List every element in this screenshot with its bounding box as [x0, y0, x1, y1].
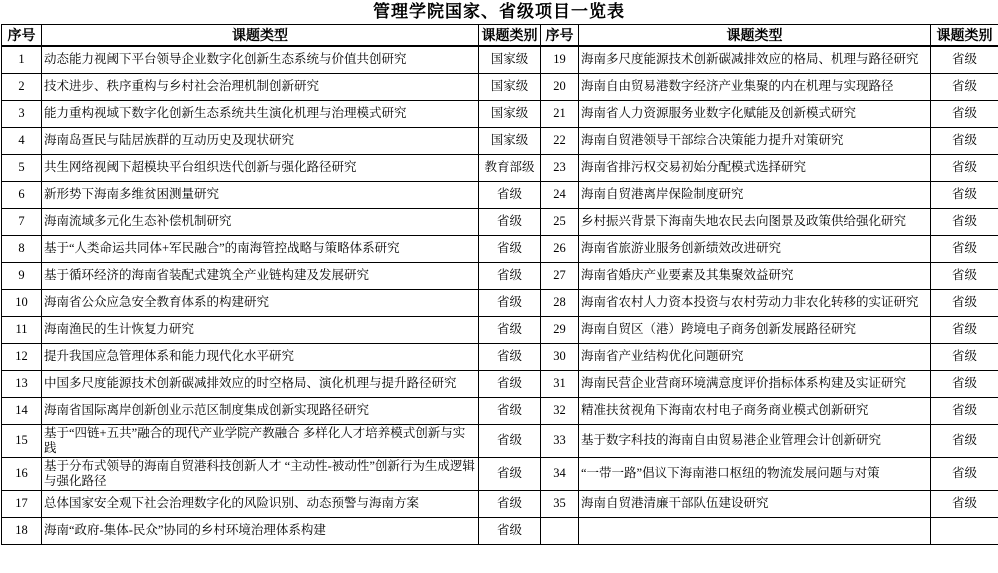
col-header-seq-right: 序号 — [541, 25, 579, 47]
table-row: 18海南“政府-集体-民众”协同的乡村环境治理体系构建省级 — [2, 517, 998, 544]
table-row: 1动态能力视阈下平台领导企业数字化创新生态系统与价值共创研究国家级19海南多尺度… — [2, 46, 998, 73]
project-level: 省级 — [479, 181, 541, 208]
project-title: 海南省人力资源服务业数字化赋能及创新模式研究 — [579, 100, 931, 127]
project-title: 基于“人类命运共同体+军民融合”的南海管控战略与策略体系研究 — [42, 235, 479, 262]
row-number: 16 — [2, 457, 42, 490]
project-title: 海南自贸区（港）跨境电子商务创新发展路径研究 — [579, 316, 931, 343]
project-level: 国家级 — [479, 46, 541, 73]
project-title: 海南省旅游业服务创新绩效改进研究 — [579, 235, 931, 262]
row-number: 29 — [541, 316, 579, 343]
row-number: 7 — [2, 208, 42, 235]
project-title: 海南省公众应急安全教育体系的构建研究 — [42, 289, 479, 316]
project-level: 省级 — [931, 457, 998, 490]
project-title: 能力重构视域下数字化创新生态系统共生演化机理与治理模式研究 — [42, 100, 479, 127]
project-title: 海南渔民的生计恢复力研究 — [42, 316, 479, 343]
project-title: 中国多尺度能源技术创新碳减排效应的时空格局、演化机理与提升路径研究 — [42, 370, 479, 397]
project-level: 省级 — [479, 424, 541, 457]
project-level: 省级 — [479, 262, 541, 289]
project-level: 省级 — [479, 517, 541, 544]
page-title: 管理学院国家、省级项目一览表 — [0, 0, 998, 24]
project-title: 提升我国应急管理体系和能力现代化水平研究 — [42, 343, 479, 370]
table-row: 7海南流域多元化生态补偿机制研究省级25乡村振兴背景下海南失地农民去向图景及政策… — [2, 208, 998, 235]
row-number: 28 — [541, 289, 579, 316]
project-title: 海南自贸港领导干部综合决策能力提升对策研究 — [579, 127, 931, 154]
table-row: 6新形势下海南多维贫困测量研究省级24海南自贸港离岸保险制度研究省级 — [2, 181, 998, 208]
project-title: 海南省排污权交易初始分配模式选择研究 — [579, 154, 931, 181]
project-title: 新形势下海南多维贫困测量研究 — [42, 181, 479, 208]
project-level: 省级 — [931, 235, 998, 262]
row-number: 30 — [541, 343, 579, 370]
project-level: 省级 — [479, 316, 541, 343]
project-level: 省级 — [931, 208, 998, 235]
col-header-type-left: 课题类型 — [42, 25, 479, 47]
col-header-seq-left: 序号 — [2, 25, 42, 47]
row-number: 13 — [2, 370, 42, 397]
row-number: 24 — [541, 181, 579, 208]
row-number: 18 — [2, 517, 42, 544]
project-level: 省级 — [931, 490, 998, 517]
project-level: 省级 — [931, 100, 998, 127]
project-level: 省级 — [479, 370, 541, 397]
project-title: 基于数字科技的海南自由贸易港企业管理会计创新研究 — [579, 424, 931, 457]
project-level: 省级 — [479, 343, 541, 370]
table-body: 1动态能力视阈下平台领导企业数字化创新生态系统与价值共创研究国家级19海南多尺度… — [2, 46, 998, 544]
table-row: 16基于分布式领导的海南自贸港科技创新人才 “主动性-被动性”创新行为生成逻辑与… — [2, 457, 998, 490]
row-number: 25 — [541, 208, 579, 235]
table-row: 11海南渔民的生计恢复力研究省级29海南自贸区（港）跨境电子商务创新发展路径研究… — [2, 316, 998, 343]
table-header: 序号 课题类型 课题类别 序号 课题类型 课题类别 — [2, 25, 998, 47]
row-number: 20 — [541, 73, 579, 100]
project-level: 省级 — [931, 370, 998, 397]
row-number: 12 — [2, 343, 42, 370]
project-title: 乡村振兴背景下海南失地农民去向图景及政策供给强化研究 — [579, 208, 931, 235]
project-level: 教育部级 — [479, 154, 541, 181]
project-level: 国家级 — [479, 73, 541, 100]
project-level: 省级 — [931, 181, 998, 208]
row-number: 17 — [2, 490, 42, 517]
row-number: 19 — [541, 46, 579, 73]
project-title: 海南流域多元化生态补偿机制研究 — [42, 208, 479, 235]
project-title: 海南省产业结构优化问题研究 — [579, 343, 931, 370]
project-level: 省级 — [479, 490, 541, 517]
project-title: 共生网络视阈下超模块平台组织迭代创新与强化路径研究 — [42, 154, 479, 181]
project-title: 基于分布式领导的海南自贸港科技创新人才 “主动性-被动性”创新行为生成逻辑与强化… — [42, 457, 479, 490]
table-row: 5共生网络视阈下超模块平台组织迭代创新与强化路径研究教育部级23海南省排污权交易… — [2, 154, 998, 181]
row-number: 3 — [2, 100, 42, 127]
table-row: 10海南省公众应急安全教育体系的构建研究省级28海南省农村人力资本投资与农村劳动… — [2, 289, 998, 316]
project-level: 国家级 — [479, 127, 541, 154]
row-number: 5 — [2, 154, 42, 181]
row-number: 22 — [541, 127, 579, 154]
row-number: 32 — [541, 397, 579, 424]
project-level: 省级 — [931, 424, 998, 457]
col-header-level-right: 课题类别 — [931, 25, 998, 47]
project-title: 海南“政府-集体-民众”协同的乡村环境治理体系构建 — [42, 517, 479, 544]
project-level: 省级 — [931, 397, 998, 424]
table-row: 14海南省国际离岸创新创业示范区制度集成创新实现路径研究省级32精准扶贫视角下海… — [2, 397, 998, 424]
row-number: 35 — [541, 490, 579, 517]
row-number: 34 — [541, 457, 579, 490]
project-title — [579, 517, 931, 544]
row-number: 4 — [2, 127, 42, 154]
project-level: 省级 — [479, 208, 541, 235]
project-level: 省级 — [931, 289, 998, 316]
project-title: 动态能力视阈下平台领导企业数字化创新生态系统与价值共创研究 — [42, 46, 479, 73]
project-level: 省级 — [931, 262, 998, 289]
table-row: 12提升我国应急管理体系和能力现代化水平研究省级30海南省产业结构优化问题研究省… — [2, 343, 998, 370]
project-title: 基于循环经济的海南省装配式建筑全产业链构建及发展研究 — [42, 262, 479, 289]
project-level: 省级 — [931, 73, 998, 100]
table-row: 3能力重构视域下数字化创新生态系统共生演化机理与治理模式研究国家级21海南省人力… — [2, 100, 998, 127]
project-title: 海南省国际离岸创新创业示范区制度集成创新实现路径研究 — [42, 397, 479, 424]
project-title: 海南岛疍民与陆居族群的互动历史及现状研究 — [42, 127, 479, 154]
row-number — [541, 517, 579, 544]
project-title: 海南民营企业营商环境满意度评价指标体系构建及实证研究 — [579, 370, 931, 397]
project-level: 省级 — [479, 289, 541, 316]
project-level: 省级 — [479, 397, 541, 424]
project-level: 省级 — [931, 127, 998, 154]
col-header-level-left: 课题类别 — [479, 25, 541, 47]
project-level — [931, 517, 998, 544]
project-title: 海南省农村人力资本投资与农村劳动力非农化转移的实证研究 — [579, 289, 931, 316]
project-title: 海南省婚庆产业要素及其集聚效益研究 — [579, 262, 931, 289]
project-title: 技术进步、秩序重构与乡村社会治理机制创新研究 — [42, 73, 479, 100]
project-level: 国家级 — [479, 100, 541, 127]
row-number: 2 — [2, 73, 42, 100]
table-row: 8基于“人类命运共同体+军民融合”的南海管控战略与策略体系研究省级26海南省旅游… — [2, 235, 998, 262]
table-row: 9基于循环经济的海南省装配式建筑全产业链构建及发展研究省级27海南省婚庆产业要素… — [2, 262, 998, 289]
row-number: 8 — [2, 235, 42, 262]
row-number: 1 — [2, 46, 42, 73]
row-number: 27 — [541, 262, 579, 289]
table-row: 13中国多尺度能源技术创新碳减排效应的时空格局、演化机理与提升路径研究省级31海… — [2, 370, 998, 397]
project-level: 省级 — [931, 46, 998, 73]
project-title: 精准扶贫视角下海南农村电子商务商业模式创新研究 — [579, 397, 931, 424]
document-page: 管理学院国家、省级项目一览表 序号 课题类型 课题类别 序号 课题类型 课题类别… — [0, 0, 998, 573]
table-row: 17总体国家安全观下社会治理数字化的风险识别、动态预警与海南方案省级35海南自贸… — [2, 490, 998, 517]
project-level: 省级 — [479, 457, 541, 490]
project-title: “一带一路”倡议下海南港口枢纽的物流发展问题与对策 — [579, 457, 931, 490]
projects-table: 序号 课题类型 课题类别 序号 课题类型 课题类别 1动态能力视阈下平台领导企业… — [1, 24, 998, 545]
table-row: 2技术进步、秩序重构与乡村社会治理机制创新研究国家级20海南自由贸易港数字经济产… — [2, 73, 998, 100]
row-number: 15 — [2, 424, 42, 457]
table-row: 4海南岛疍民与陆居族群的互动历史及现状研究国家级22海南自贸港领导干部综合决策能… — [2, 127, 998, 154]
project-level: 省级 — [931, 154, 998, 181]
project-title: 海南自贸港离岸保险制度研究 — [579, 181, 931, 208]
row-number: 6 — [2, 181, 42, 208]
header-row: 序号 课题类型 课题类别 序号 课题类型 课题类别 — [2, 25, 998, 47]
row-number: 23 — [541, 154, 579, 181]
project-title: 基于“四链+五共”融合的现代产业学院产教融合 多样化人才培养模式创新与实践 — [42, 424, 479, 457]
project-title: 海南多尺度能源技术创新碳减排效应的格局、机理与路径研究 — [579, 46, 931, 73]
project-title: 总体国家安全观下社会治理数字化的风险识别、动态预警与海南方案 — [42, 490, 479, 517]
row-number: 9 — [2, 262, 42, 289]
row-number: 26 — [541, 235, 579, 262]
row-number: 11 — [2, 316, 42, 343]
table-row: 15基于“四链+五共”融合的现代产业学院产教融合 多样化人才培养模式创新与实践省… — [2, 424, 998, 457]
row-number: 31 — [541, 370, 579, 397]
row-number: 21 — [541, 100, 579, 127]
col-header-type-right: 课题类型 — [579, 25, 931, 47]
project-level: 省级 — [479, 235, 541, 262]
row-number: 33 — [541, 424, 579, 457]
row-number: 14 — [2, 397, 42, 424]
project-level: 省级 — [931, 343, 998, 370]
project-level: 省级 — [931, 316, 998, 343]
project-title: 海南自贸港清廉干部队伍建设研究 — [579, 490, 931, 517]
project-title: 海南自由贸易港数字经济产业集聚的内在机理与实现路径 — [579, 73, 931, 100]
row-number: 10 — [2, 289, 42, 316]
